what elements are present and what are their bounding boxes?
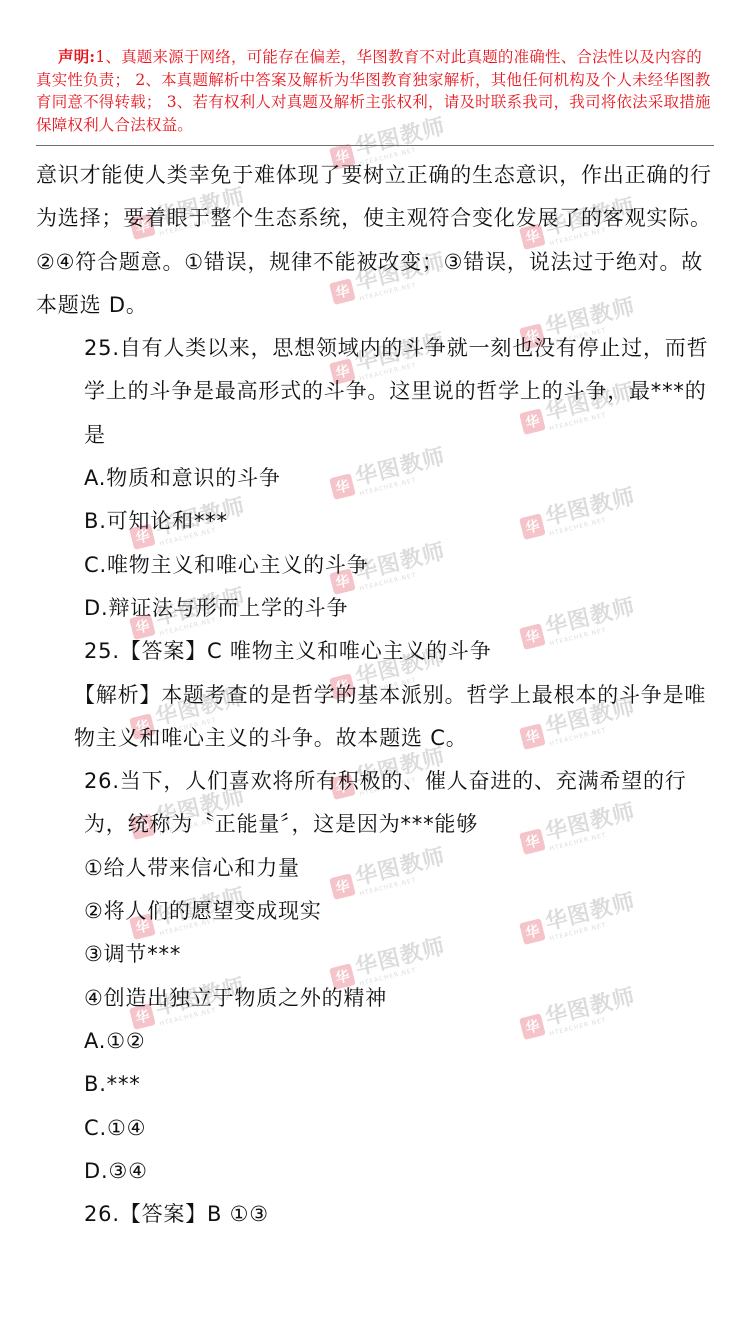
question-25-option-d: D.辩证法与形而上学的斗争 — [36, 587, 716, 630]
document-body: 意识才能使人类幸免于难体现了要树立正确的生态意识，作出正确的行为选择；要着眼于整… — [36, 154, 716, 1236]
header-divider — [36, 145, 714, 146]
previous-explanation-tail: 意识才能使人类幸免于难体现了要树立正确的生态意识，作出正确的行为选择；要着眼于整… — [36, 154, 716, 327]
question-26-option-c: C.①④ — [36, 1107, 716, 1150]
question-25-answer: 25.【答案】C 唯物主义和唯心主义的斗争 — [36, 630, 716, 673]
question-25-option-b: B.可知论和*** — [36, 500, 716, 543]
question-26-stem: 26.当下，人们喜欢将所有积极的、催人奋进的、充满希望的行为，统称为〝正能量〞，… — [36, 760, 716, 847]
question-26-option-b: B.*** — [36, 1063, 716, 1106]
disclaimer-label: 声明: — [36, 47, 95, 66]
question-25-analysis: 【解析】本题考查的是哲学的基本派别。哲学上最根本的斗争是唯物主义和唯心主义的斗争… — [36, 674, 716, 761]
question-26-statement-1: ①给人带来信心和力量 — [36, 847, 716, 890]
question-25-stem: 25.自有人类以来，思想领域内的斗争就一刻也没有停止过，而哲学上的斗争是最高形式… — [36, 327, 716, 457]
disclaimer-block: 声明:1、真题来源于网络，可能存在偏差，华图教育不对此真题的准确性、合法性以及内… — [36, 46, 714, 136]
question-26-option-a: A.①② — [36, 1020, 716, 1063]
question-26-option-d: D.③④ — [36, 1150, 716, 1193]
question-25-option-c: C.唯物主义和唯心主义的斗争 — [36, 544, 716, 587]
question-26-answer: 26.【答案】B ①③ — [36, 1193, 716, 1236]
question-26-statement-2: ②将人们的愿望变成现实 — [36, 890, 716, 933]
disclaimer-text: 1、真题来源于网络，可能存在偏差，华图教育不对此真题的准确性、合法性以及内容的真… — [36, 48, 711, 134]
question-26-statement-4: ④创造出独立于物质之外的精神 — [36, 977, 716, 1020]
question-25-option-a: A.物质和意识的斗争 — [36, 457, 716, 500]
question-26-statement-3: ③调节*** — [36, 933, 716, 976]
